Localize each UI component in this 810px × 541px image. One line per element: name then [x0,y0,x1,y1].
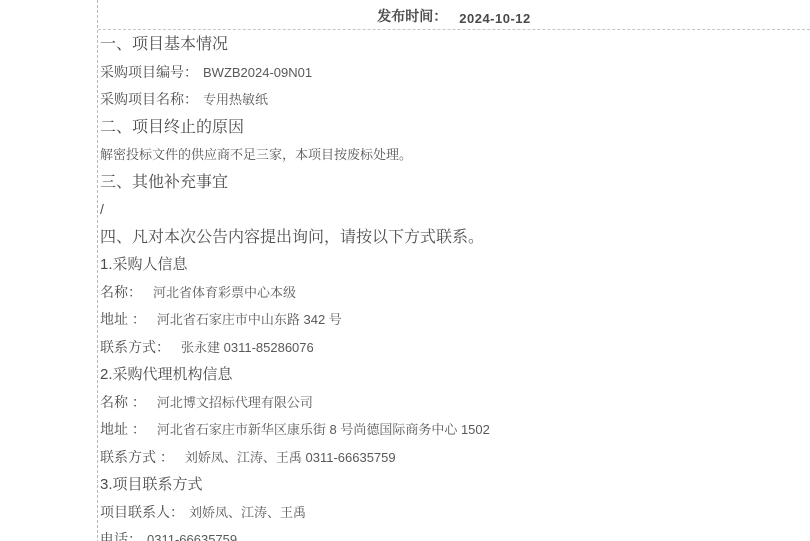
field-value: 专用热敏纸 [203,92,268,107]
field-value: 河北博文招标代理有限公司 [144,395,313,410]
publish-time-label: 发布时间： [377,6,447,26]
field-label: 名称 ： [100,394,139,410]
field-label: 采购项目名称： [100,91,198,107]
publish-time-value: 2024-10-12 [459,11,531,26]
field-agency-address: 地址 ： 河北省石家庄市新华区康乐街 8 号尚德国际商务中心 1502 [100,421,800,438]
section-heading-other-matters: 三、其他补充事宜 [100,174,800,191]
field-label: 项目联系人： [100,504,184,520]
field-value: 张永建 0311-85286076 [168,340,314,355]
field-project-name: 采购项目名称：专用热敏纸 [100,91,800,108]
field-label: 地址 ： [100,421,139,437]
section-heading-basic-info: 一、项目基本情况 [100,36,800,53]
field-label: 联系方式： [100,339,163,355]
field-value: 河北省石家庄市中山东路 342 号 [144,312,342,327]
announcement-body: 一、项目基本情况 采购项目编号：BWZB2024-09N01 采购项目名称：专用… [98,36,810,541]
field-project-contact-person: 项目联系人：刘娇凤、江涛、王禹 [100,504,800,521]
sub-heading-project-contact: 3.项目联系方式 [100,476,800,493]
field-project-number: 采购项目编号：BWZB2024-09N01 [100,64,800,81]
field-value: 刘娇凤、江涛、王禹 0311-66635759 [172,450,396,465]
field-label: 联系方式 ： [100,449,167,465]
publish-time-row: 发布时间： 2024-10-12 [98,0,810,30]
field-label: 电话： [100,531,142,541]
field-value: 河北省石家庄市新华区康乐街 8 号尚德国际商务中心 1502 [144,422,490,437]
field-value: 刘娇凤、江涛、王禹 [189,505,306,520]
section-heading-inquiry-contact: 四、凡对本次公告内容提出询问，请按以下方式联系。 [100,229,800,246]
sub-heading-purchaser-info: 1.采购人信息 [100,256,800,273]
announcement-page: 发布时间： 2024-10-12 一、项目基本情况 采购项目编号：BWZB202… [0,0,810,541]
field-agency-contact: 联系方式 ： 刘娇凤、江涛、王禹 0311-66635759 [100,449,800,466]
field-label: 地址 ： [100,311,139,327]
sub-heading-agency-info: 2.采购代理机构信息 [100,366,800,383]
termination-reason-text: 解密投标文件的供应商不足三家，本项目按废标处理。 [100,146,800,163]
field-purchaser-address: 地址 ： 河北省石家庄市中山东路 342 号 [100,311,800,328]
field-label: 采购项目编号： [100,64,198,80]
field-value: 0311-66635759 [147,532,237,541]
announcement-panel: 发布时间： 2024-10-12 一、项目基本情况 采购项目编号：BWZB202… [97,0,810,541]
field-purchaser-name: 名称： 河北省体育彩票中心本级 [100,284,800,301]
section-heading-termination-reason: 二、项目终止的原因 [100,119,800,136]
field-label: 名称： [100,284,135,300]
field-agency-name: 名称 ： 河北博文招标代理有限公司 [100,394,800,411]
field-purchaser-contact: 联系方式： 张永建 0311-85286076 [100,339,800,356]
field-project-contact-phone: 电话：0311-66635759 [100,531,800,541]
field-value: BWZB2024-09N01 [203,65,312,80]
other-matters-text: / [100,201,800,218]
field-value: 河北省体育彩票中心本级 [140,285,296,300]
